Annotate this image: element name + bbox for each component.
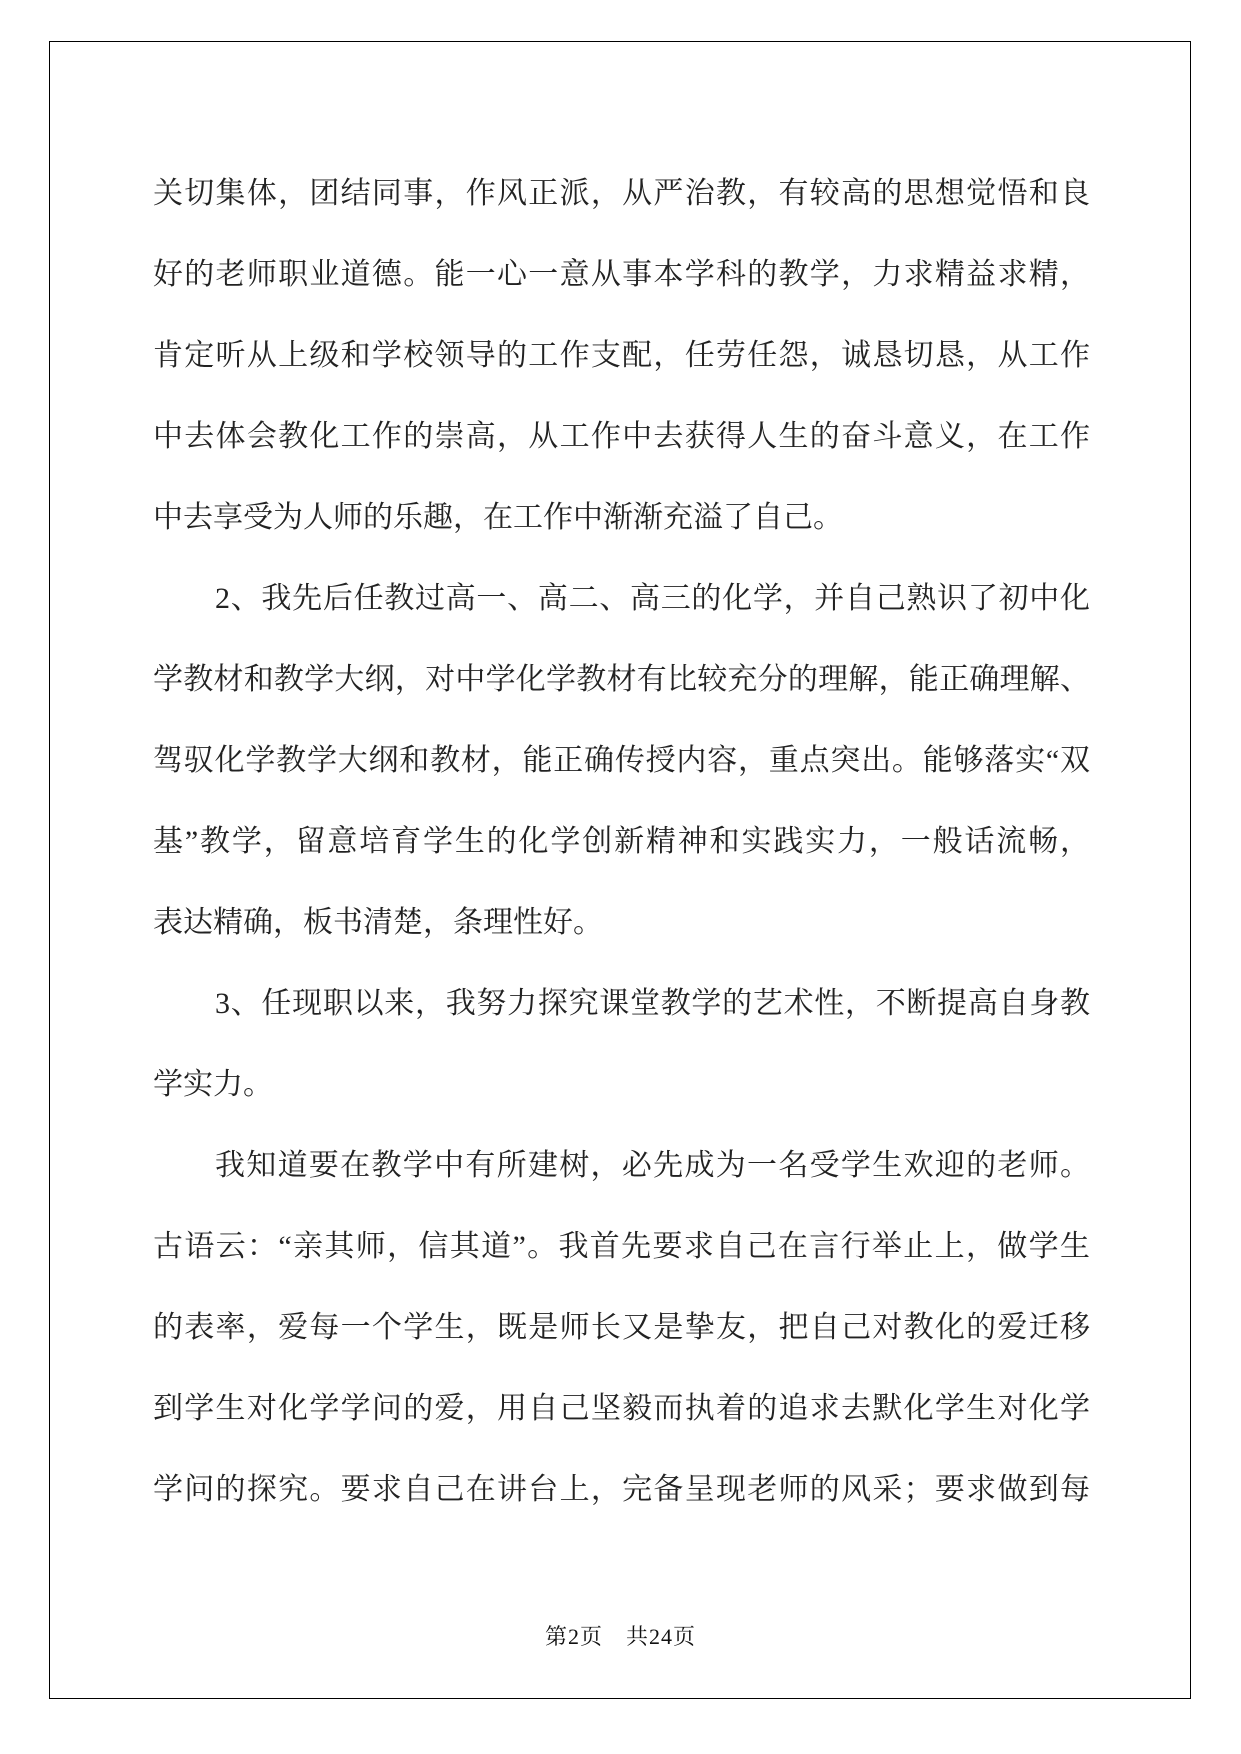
text-line: 到学生对化学学问的爱，用自己坚毅而执着的追求去默化学生对化学 <box>153 1368 1090 1449</box>
text-line: 好的老师职业道德。能一心一意从事本学科的教学，力求精益求精， <box>153 234 1090 315</box>
text-line: 驾驭化学教学大纲和教材，能正确传授内容，重点突出。能够落实“双 <box>153 720 1090 801</box>
text-line: 表达精确，板书清楚，条理性好。 <box>153 882 1090 963</box>
text-line: 基”教学，留意培育学生的化学创新精神和实践实力，一般话流畅， <box>153 801 1090 882</box>
text-line: 2、我先后任教过高一、高二、高三的化学，并自己熟识了初中化 <box>153 558 1090 639</box>
text-line: 我知道要在教学中有所建树，必先成为一名受学生欢迎的老师。 <box>153 1125 1090 1206</box>
page-number-label: 第2页 共24页 <box>545 1624 696 1649</box>
page-footer: 第2页 共24页 <box>0 1620 1241 1651</box>
text-line: 的表率，爱每一个学生，既是师长又是挚友，把自己对教化的爱迁移 <box>153 1287 1090 1368</box>
text-line: 中去享受为人师的乐趣，在工作中渐渐充溢了自己。 <box>153 477 1090 558</box>
text-line: 中去体会教化工作的崇高，从工作中去获得人生的奋斗意义，在工作 <box>153 396 1090 477</box>
text-line: 古语云：“亲其师，信其道”。我首先要求自己在言行举止上，做学生 <box>153 1206 1090 1287</box>
text-line: 3、任现职以来，我努力探究课堂教学的艺术性，不断提高自身教 <box>153 963 1090 1044</box>
text-line: 学教材和教学大纲，对中学化学教材有比较充分的理解，能正确理解、 <box>153 639 1090 720</box>
document-page: 关切集体，团结同事，作风正派，从严治教，有较高的思想觉悟和良 好的老师职业道德。… <box>0 0 1241 1754</box>
document-body: 关切集体，团结同事，作风正派，从严治教，有较高的思想觉悟和良 好的老师职业道德。… <box>153 153 1090 1530</box>
text-line: 学实力。 <box>153 1044 1090 1125</box>
text-line: 学问的探究。要求自己在讲台上，完备呈现老师的风采；要求做到每 <box>153 1449 1090 1530</box>
text-line: 肯定听从上级和学校领导的工作支配，任劳任怨，诚恳切恳，从工作 <box>153 315 1090 396</box>
text-line: 关切集体，团结同事，作风正派，从严治教，有较高的思想觉悟和良 <box>153 153 1090 234</box>
